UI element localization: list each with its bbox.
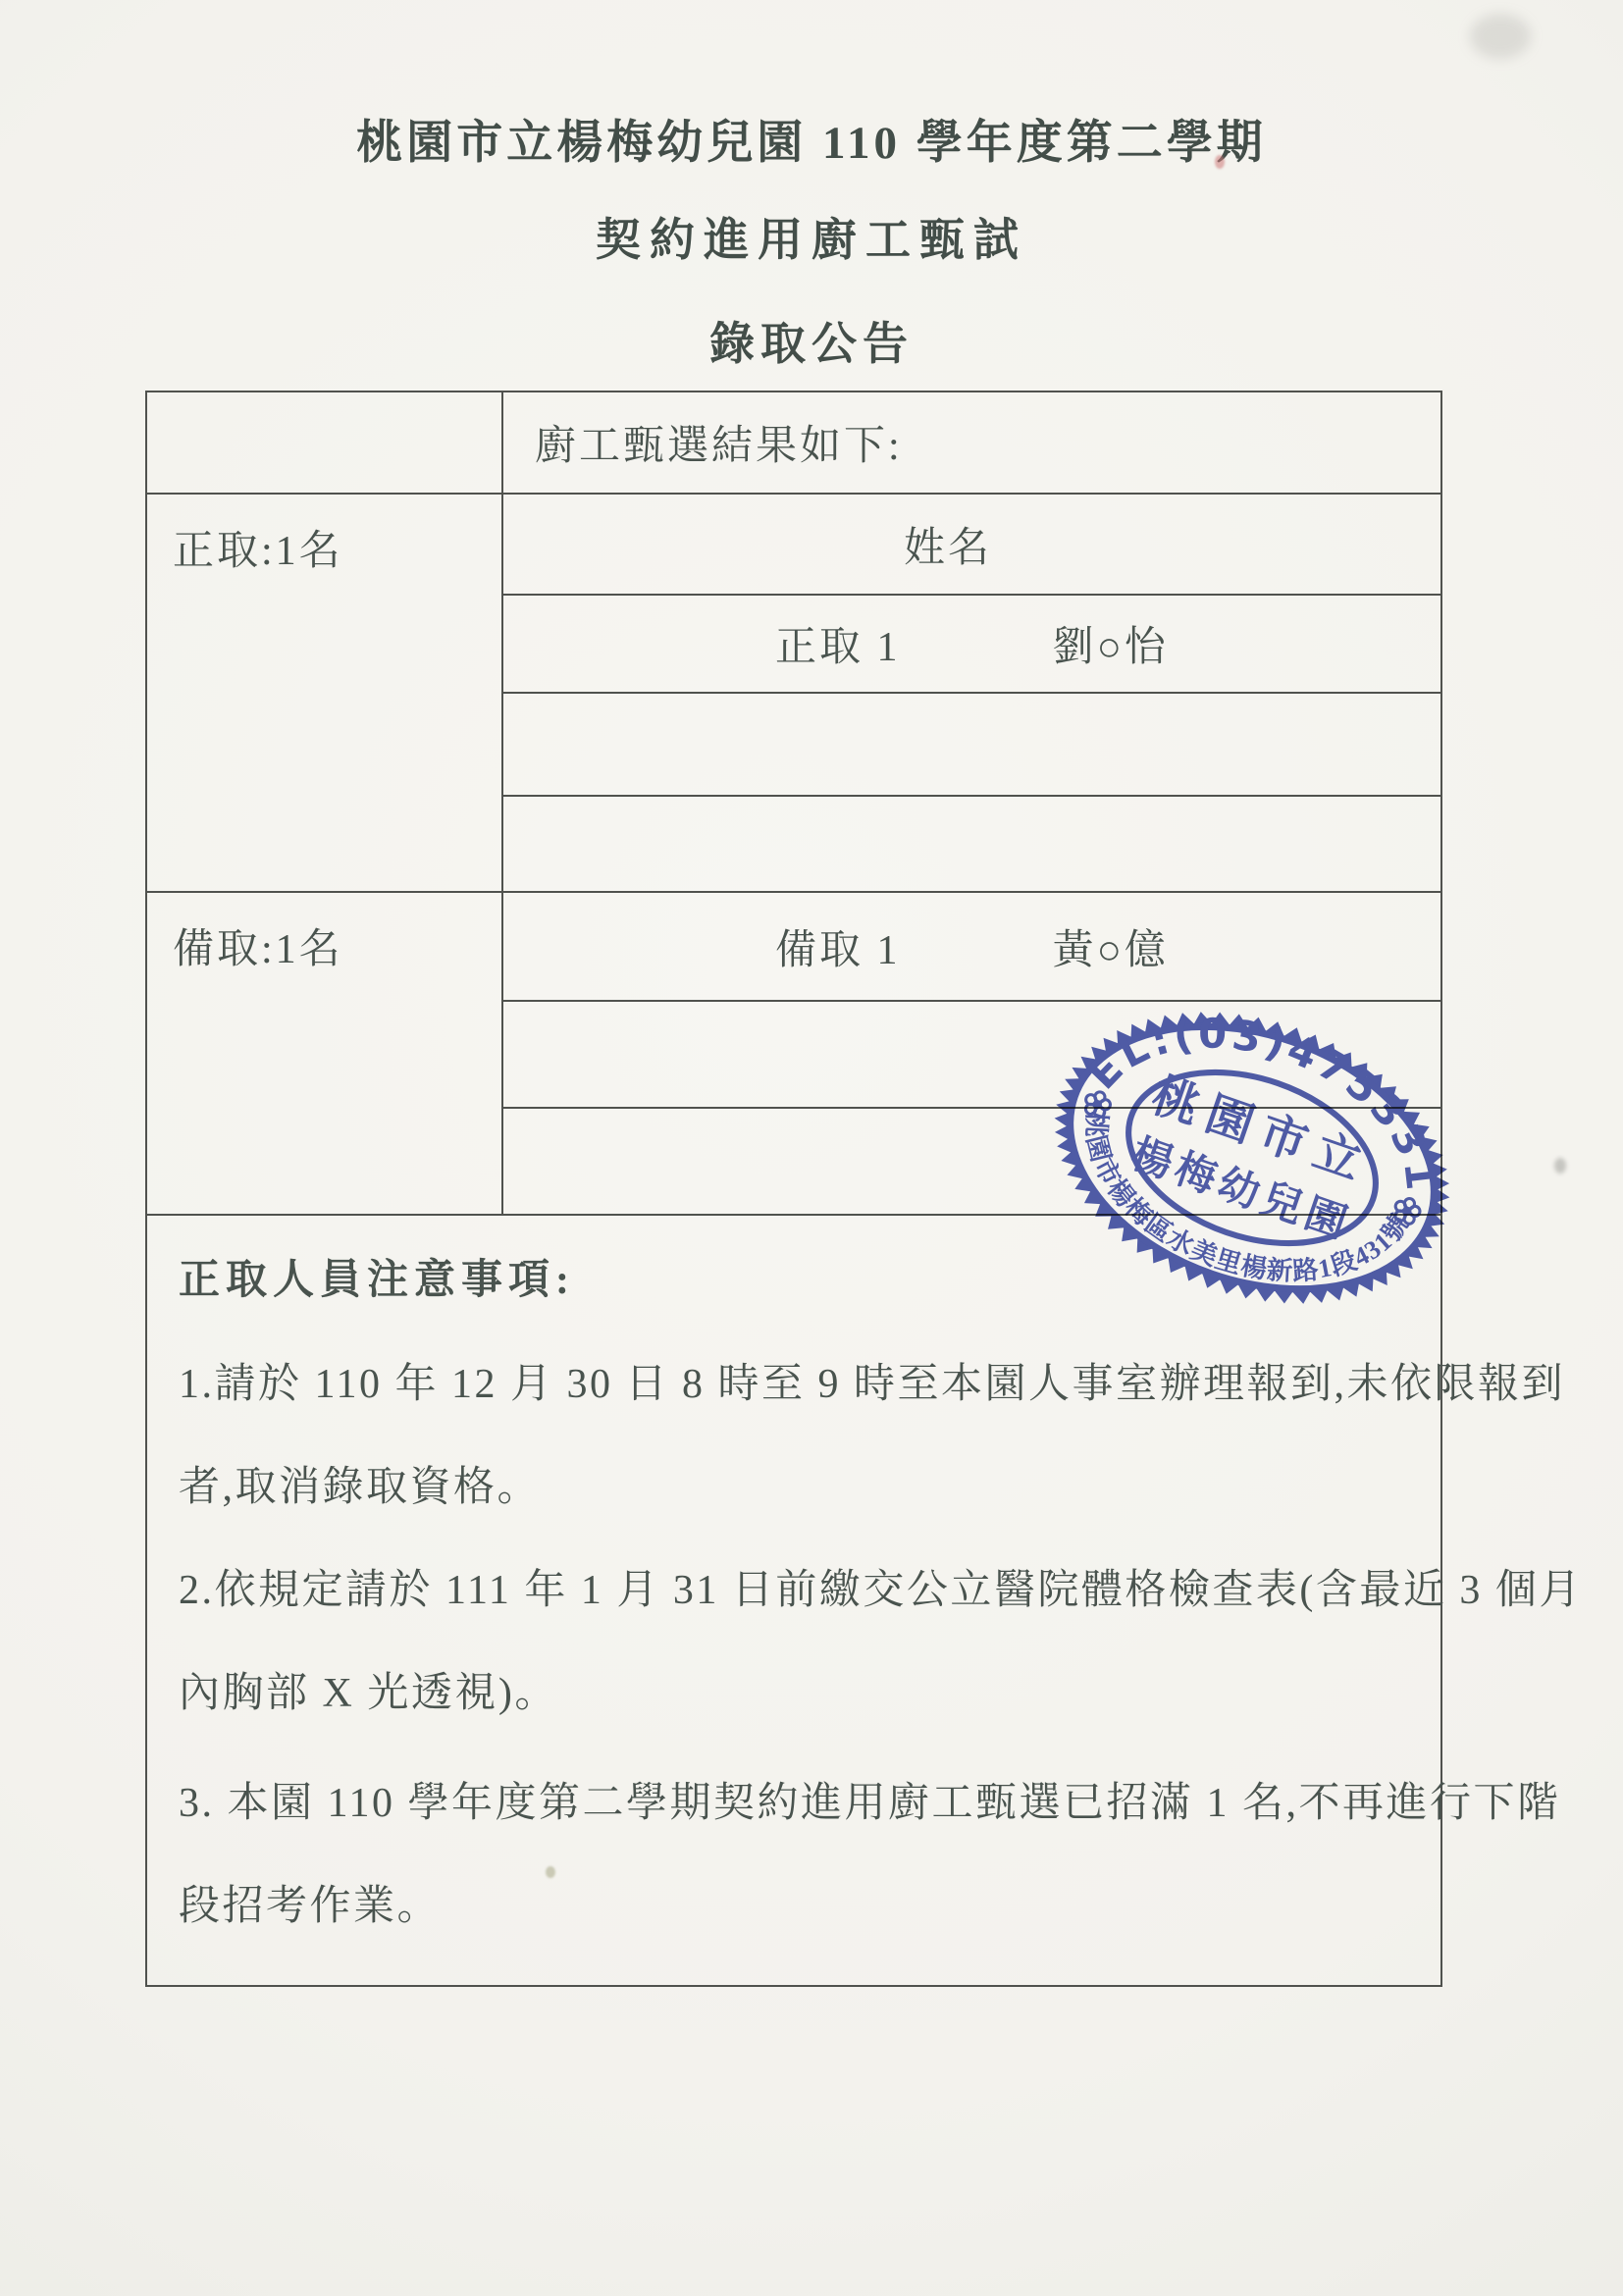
result-note-cell: 廚工甄選結果如下: xyxy=(502,391,1441,494)
notes-line: 內胸部 X 光透視)。 xyxy=(179,1660,1415,1719)
notes-line: 段招考作業。 xyxy=(179,1873,1415,1932)
primary-result-cell: 正取 1 劉○怡 xyxy=(502,595,1441,693)
alternate-result-cell: 備取 1 黃○億 xyxy=(502,892,1441,1001)
empty-cell xyxy=(502,796,1441,892)
scan-artifact xyxy=(1554,1158,1566,1174)
primary-rank-label: 正取 1 xyxy=(775,614,901,673)
scan-artifact xyxy=(1470,14,1531,59)
notes-line: 2.依規定請於 111 年 1 月 31 日前繳交公立醫院體格檢查表(含最近 3… xyxy=(179,1557,1415,1616)
empty-cell xyxy=(502,693,1441,796)
alternate-group-label: 備取:1名 xyxy=(146,892,502,1215)
table-row: 廚工甄選結果如下: xyxy=(146,391,1441,494)
page-title-line1: 桃園市立楊梅幼兒園 110 學年度第二學期 xyxy=(0,106,1623,172)
notes-line: 者,取消錄取資格。 xyxy=(179,1454,1415,1513)
notes-line: 3. 本園 110 學年度第二學期契約進用廚工甄選已招滿 1 名,不再進行下階 xyxy=(179,1770,1415,1829)
notes-line: 1.請於 110 年 12 月 30 日 8 時至 9 時至本園人事室辦理報到,… xyxy=(179,1351,1415,1410)
primary-name: 劉○怡 xyxy=(1053,614,1169,673)
scanned-announcement-page: 桃園市立楊梅幼兒園 110 學年度第二學期 契約進用廚工甄試 錄取公告 廚工甄選… xyxy=(0,0,1623,2296)
name-column-header: 姓名 xyxy=(502,494,1441,595)
page-title-line2: 契約進用廚工甄試 xyxy=(0,204,1623,269)
table-row: 正取:1名 姓名 xyxy=(146,494,1441,595)
alternate-rank-label: 備取 1 xyxy=(775,917,901,976)
primary-group-label: 正取:1名 xyxy=(146,494,502,892)
page-title-line3: 錄取公告 xyxy=(0,308,1623,373)
corner-empty-cell xyxy=(146,391,502,494)
